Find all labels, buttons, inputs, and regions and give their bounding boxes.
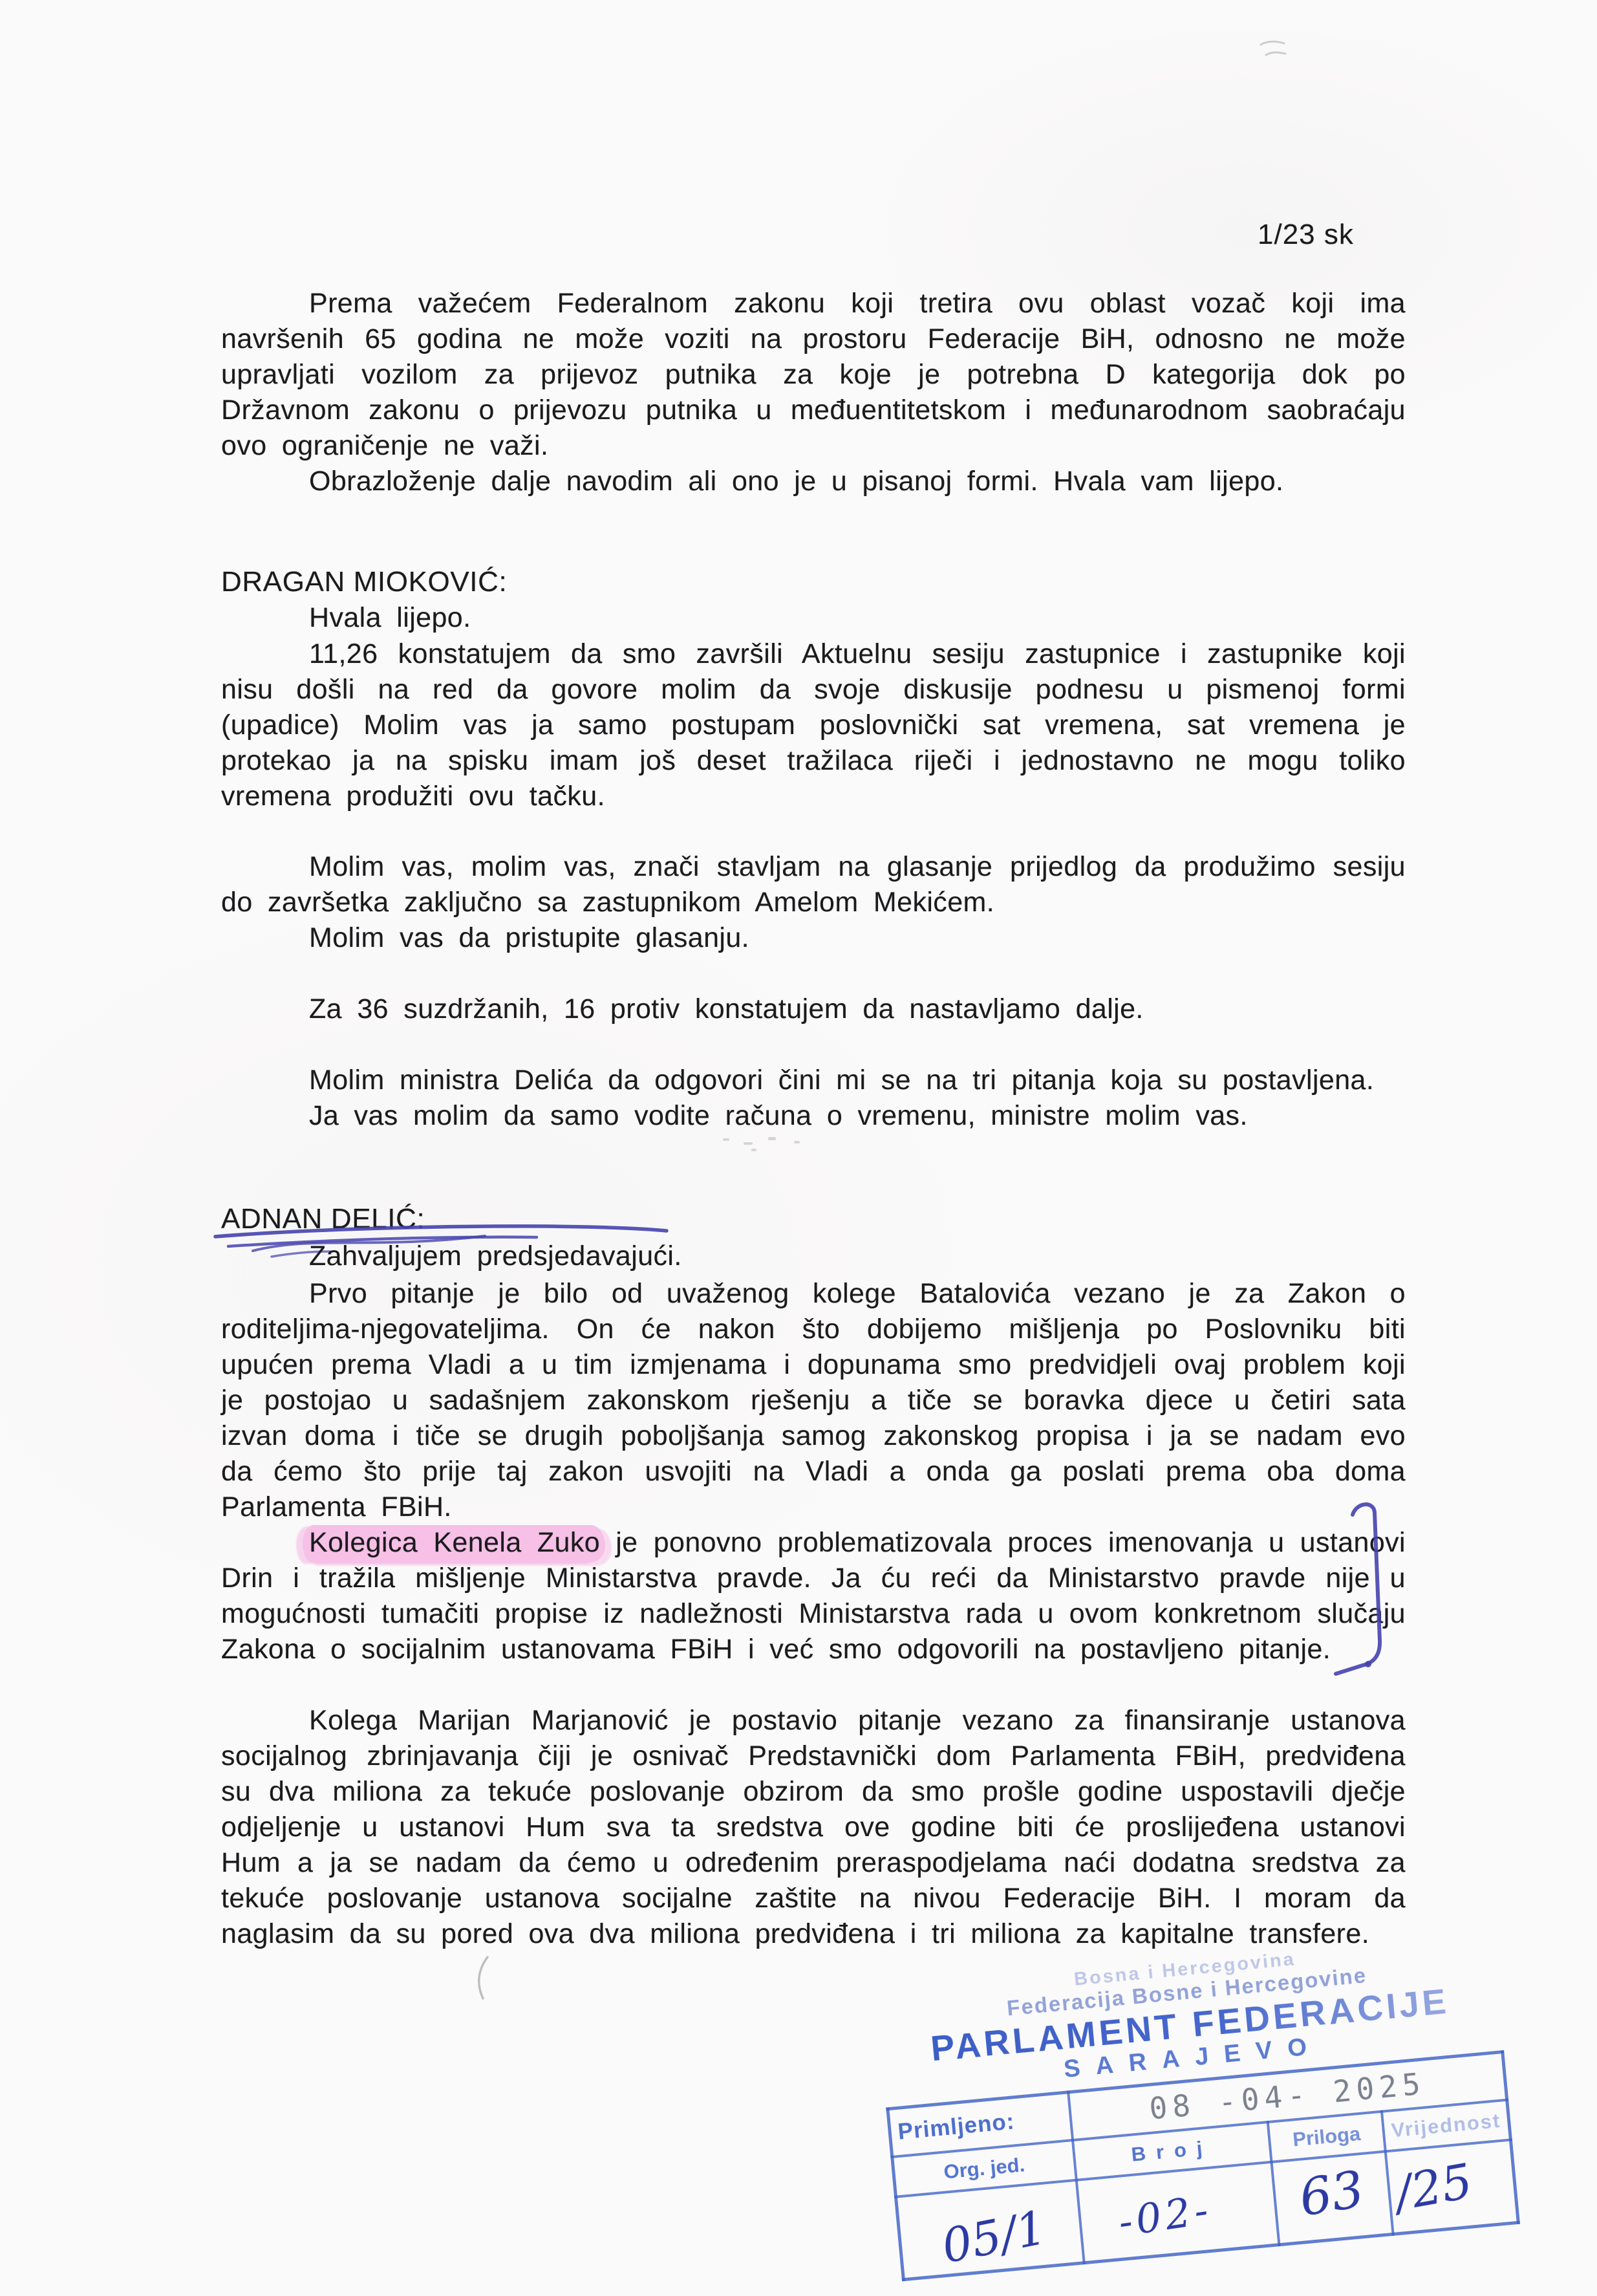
paragraph-miokovic-4: Molim vas da pristupite glasanju. [221,920,1406,956]
paragraph-miokovic-3: Molim vas, molim vas, znači stavljam na … [221,849,1406,920]
paragraph-delic-1: Zahvaljujem predsjedavajući. [221,1239,1406,1274]
paragraph-delic-3: Kolegica Kenela Zuko je ponovno problema… [221,1525,1406,1667]
stamp-value-broj: -02- [1115,2185,1215,2246]
paragraph-intro-2: Obrazloženje dalje navodim ali ono je u … [221,464,1406,499]
paragraph-delic-2: Prvo pitanje je bilo od uvaženog kolege … [221,1276,1406,1525]
highlighted-name: Kolegica Kenela Zuko [303,1525,605,1563]
parliament-receipt-stamp: Bosna i Hercegovina Federacija Bosne i H… [862,1929,1533,2282]
scanned-transcript-page: 1/23 sk Prema važećem Federalnom zakonu … [0,0,1597,2296]
paragraph-intro-1: Prema važećem Federalnom zakonu koji tre… [221,286,1406,464]
speaker-heading-miokovic: DRAGAN MIOKOVIĆ: [221,564,507,600]
stamp-value-vrijednost: /25 [1391,2153,1477,2222]
paragraph-delic-4: Kolega Marijan Marjanović je postavio pi… [221,1703,1406,1952]
paragraph-miokovic-1: Hvala lijepo. [221,600,1406,636]
paragraph-miokovic-5: Za 36 suzdržanih, 16 protiv konstatujem … [221,991,1406,1027]
pencil-mark [469,1953,498,2005]
paragraph-miokovic-6: Molim ministra Delića da odgovori čini m… [221,1063,1406,1098]
paragraph-miokovic-2: 11,26 konstatujem da smo završili Aktuel… [221,636,1406,814]
scan-speck [1254,36,1293,68]
page-number: 1/23 sk [1258,219,1354,251]
paragraph-miokovic-7: Ja vas molim da samo vodite računa o vre… [221,1098,1406,1134]
stamp-value-priloga: 63 [1295,2160,1368,2228]
scan-smudge [718,1133,841,1155]
pen-bracket-annotation [1331,1494,1402,1688]
stamp-value-org: 05/1 [938,2200,1051,2273]
